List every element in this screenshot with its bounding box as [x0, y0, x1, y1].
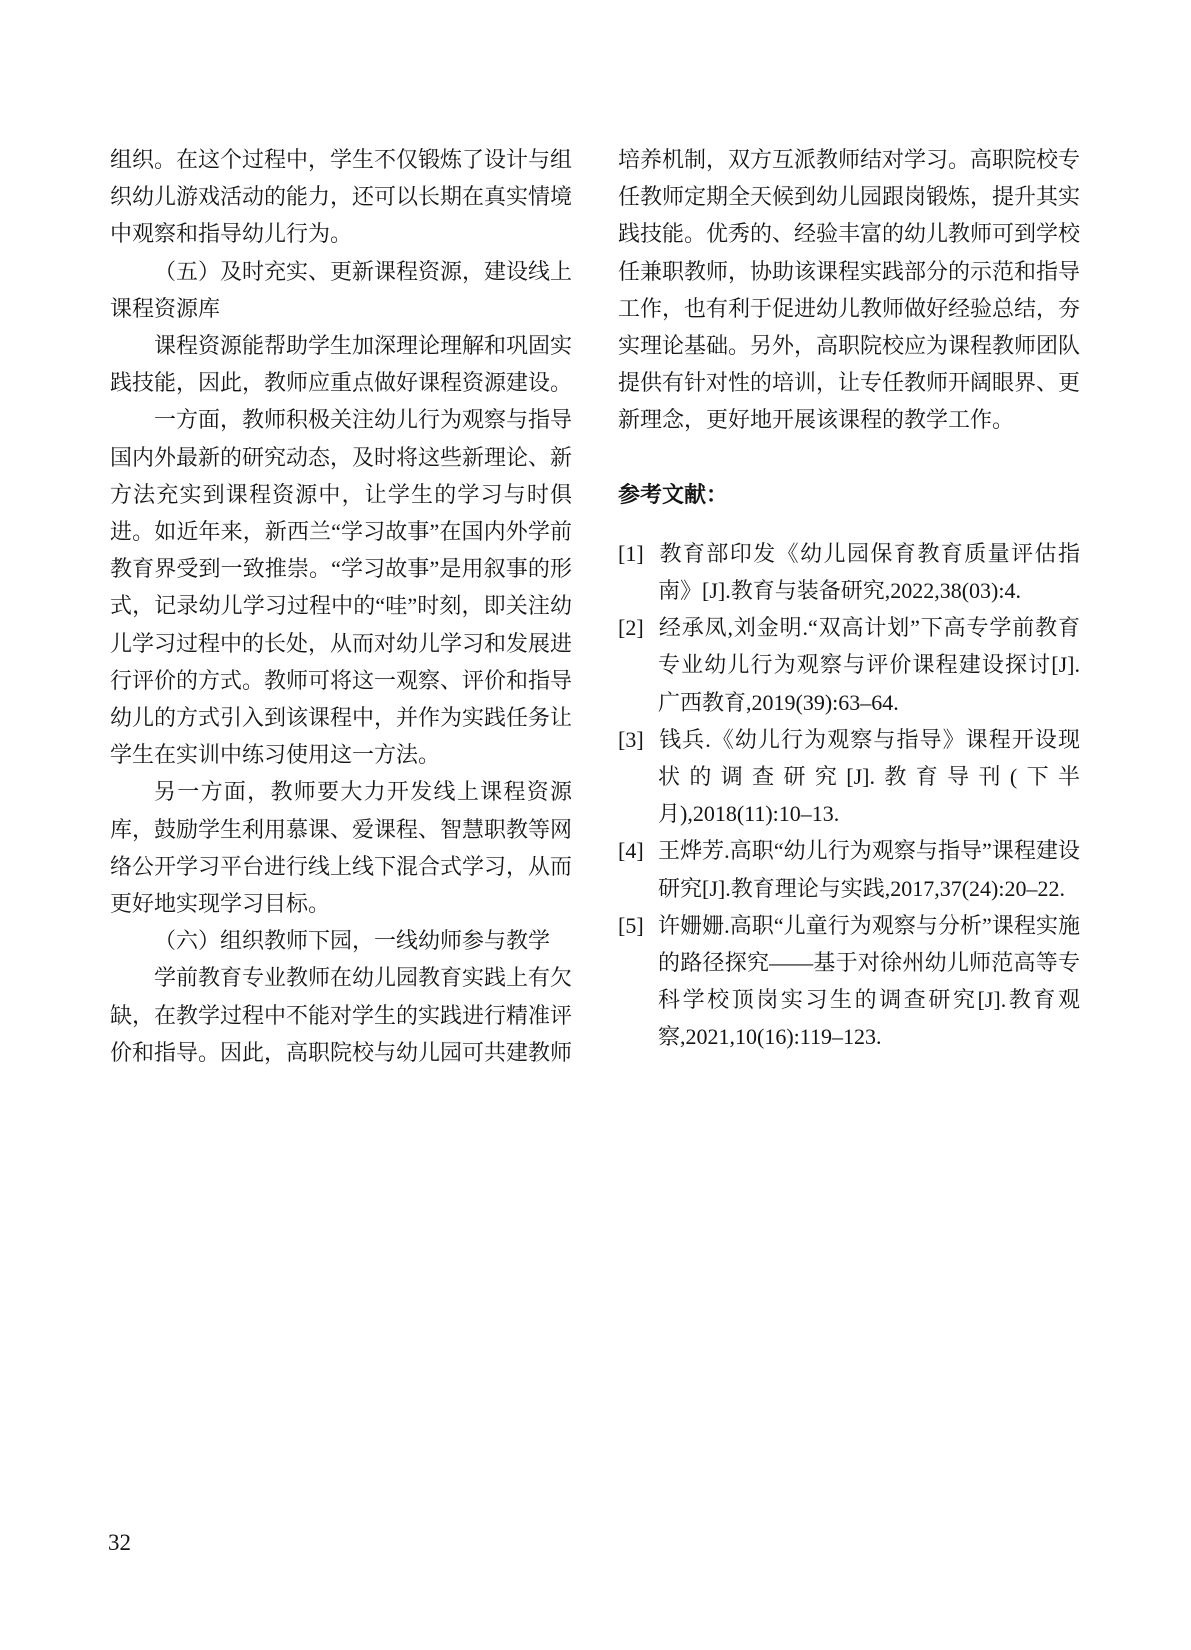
reference-text: 教育部印发《幼儿园保育教育质量评估指南》[J].教育与装备研究,2022,38(…: [658, 541, 1080, 603]
right-column: 培养机制，双方互派教师结对学习。高职院校专任教师定期全天候到幼儿园跟岗锻炼，提升…: [618, 141, 1080, 1056]
section-heading-5: （五）及时充实、更新课程资源，建设线上课程资源库: [110, 253, 572, 327]
reference-item: [3]钱兵.《幼儿行为观察与指导》课程开设现状的调查研究[J].教育导刊(下半月…: [618, 721, 1080, 833]
paragraph: 组织。在这个过程中，学生不仅锻炼了设计与组织幼儿游戏活动的能力，还可以长期在真实…: [110, 141, 572, 253]
reference-text: 王烨芳.高职“幼儿行为观察与指导”课程建设研究[J].教育理论与实践,2017,…: [658, 838, 1080, 900]
reference-label: [4]: [618, 832, 658, 869]
paragraph: 一方面，教师积极关注幼儿行为观察与指导国内外最新的研究动态，及时将这些新理论、新…: [110, 401, 572, 773]
left-column: 组织。在这个过程中，学生不仅锻炼了设计与组织幼儿游戏活动的能力，还可以长期在真实…: [110, 141, 572, 1071]
reference-item: [5]许姗姗.高职“儿童行为观察与分析”课程实施的路径探究——基于对徐州幼儿师范…: [618, 907, 1080, 1056]
paragraph: 课程资源能帮助学生加深理论理解和巩固实践技能，因此，教师应重点做好课程资源建设。: [110, 327, 572, 401]
journal-page: { "page": { "number": "32" }, "left_colu…: [0, 0, 1191, 1650]
paragraph: 学前教育专业教师在幼儿园教育实践上有欠缺，在教学过程中不能对学生的实践进行精准评…: [110, 959, 572, 1071]
reference-item: [2]经承凤,刘金明.“双高计划”下高专学前教育专业幼儿行为观察与评价课程建设探…: [618, 609, 1080, 721]
reference-text: 许姗姗.高职“儿童行为观察与分析”课程实施的路径探究——基于对徐州幼儿师范高等专…: [658, 913, 1080, 1050]
section-heading-6: （六）组织教师下园，一线幼师参与教学: [110, 922, 572, 959]
reference-label: [2]: [618, 609, 658, 646]
references-heading: 参考文献：: [618, 476, 1080, 513]
reference-item: [4]王烨芳.高职“幼儿行为观察与指导”课程建设研究[J].教育理论与实践,20…: [618, 832, 1080, 906]
paragraph: 培养机制，双方互派教师结对学习。高职院校专任教师定期全天候到幼儿园跟岗锻炼，提升…: [618, 141, 1080, 439]
paragraph: 另一方面，教师要大力开发线上课程资源库，鼓励学生利用慕课、爱课程、智慧职教等网络…: [110, 773, 572, 922]
reference-text: 经承凤,刘金明.“双高计划”下高专学前教育专业幼儿行为观察与评价课程建设探讨[J…: [658, 615, 1080, 714]
reference-label: [1]: [618, 535, 658, 572]
reference-text: 钱兵.《幼儿行为观察与指导》课程开设现状的调查研究[J].教育导刊(下半月),2…: [658, 727, 1080, 826]
reference-item: [1]教育部印发《幼儿园保育教育质量评估指南》[J].教育与装备研究,2022,…: [618, 535, 1080, 609]
page-number: 32: [108, 1528, 131, 1558]
reference-label: [3]: [618, 721, 658, 758]
reference-label: [5]: [618, 907, 658, 944]
